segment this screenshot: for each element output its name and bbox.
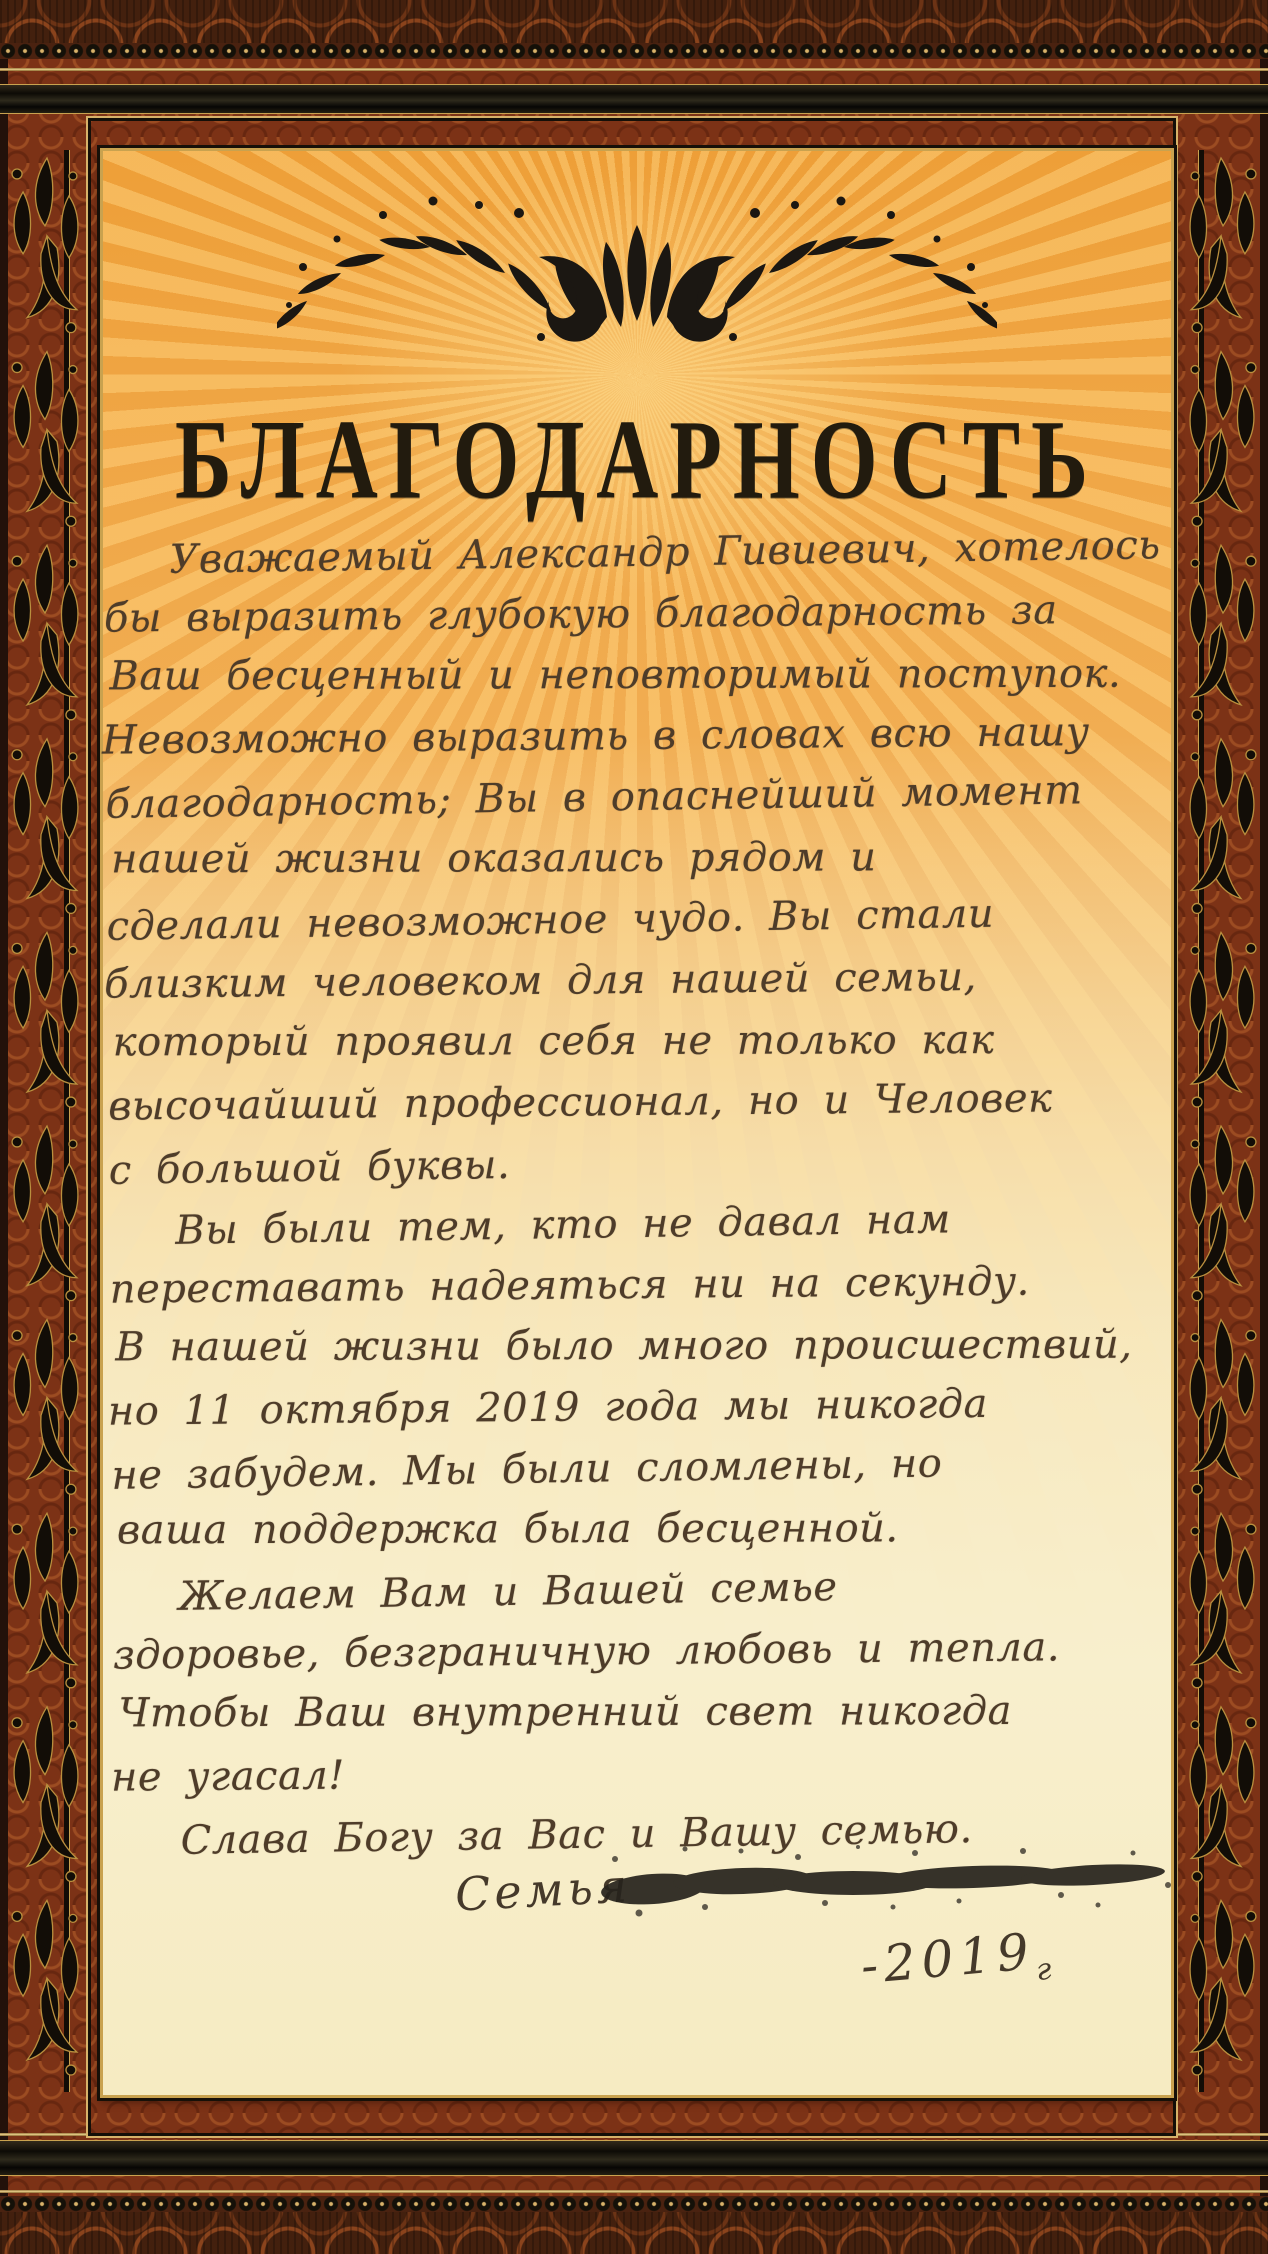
year-suffix: г — [1035, 1952, 1053, 1988]
certificate-parchment: БЛАГОДАРНОСТЬ Уважаемый Александр Гивиев… — [100, 148, 1174, 2098]
leaf-scroll-ornament-right — [1181, 152, 1265, 2088]
black-lacquer-band-bottom — [0, 2140, 1268, 2176]
certificate-title: БЛАГОДАРНОСТЬ — [103, 393, 1171, 525]
bead-row-top — [0, 43, 1268, 59]
gold-pinstripe — [0, 68, 1268, 71]
hand-line: ваша поддержка была бесценной. — [117, 1498, 1170, 1562]
hand-line: бы выразить глубокую благодарность за — [104, 579, 1162, 649]
bead-row-bottom — [0, 2196, 1268, 2212]
hand-line: благодарность; Вы в опаснейший момент — [105, 759, 1164, 836]
hand-line: здоровье, безграничную любовь и тепла. — [113, 1616, 1171, 1686]
hand-line: переставать надеяться ни на секунду. — [110, 1250, 1168, 1320]
hand-line: близким человеком для нашей семьи, — [104, 945, 1165, 1015]
year-value: -2019 — [858, 1922, 1037, 1995]
gold-pinstripe — [0, 2190, 1268, 2193]
hand-line: не забудем. Мы были сломлены, но — [111, 1430, 1170, 1507]
paragraph: Вы были тем, кто не давал нам перестават… — [109, 1189, 1170, 1564]
handwritten-body: Уважаемый Александр Гивиевич, хотелось б… — [103, 518, 1173, 1869]
leaf-scroll-ornament-left — [3, 152, 87, 2088]
hand-line: В нашей жизни было много происшествий, — [115, 1315, 1168, 1379]
hand-line: Ваш бесценный и неповторимый поступок. — [109, 644, 1162, 708]
hand-line: Чтобы Ваш внутренний свет никогда — [118, 1681, 1171, 1745]
redacted-signature-scribble — [593, 1837, 1193, 1933]
paragraph: Желаем Вам и Вашей семье здоровье, безгр… — [112, 1555, 1172, 1808]
hand-line: который проявил себя не только как — [113, 1010, 1166, 1074]
paragraph: Уважаемый Александр Гивиевич, хотелось б… — [103, 518, 1167, 1198]
signature-year: -2019г — [858, 1921, 1052, 2003]
floral-crown-ornament-icon — [277, 155, 997, 370]
gratitude-certificate-scan: БЛАГОДАРНОСТЬ Уважаемый Александр Гивиев… — [0, 0, 1268, 2254]
hand-line: нашей жизни оказались рядом и — [111, 827, 1164, 891]
black-lacquer-band-top — [0, 84, 1268, 114]
